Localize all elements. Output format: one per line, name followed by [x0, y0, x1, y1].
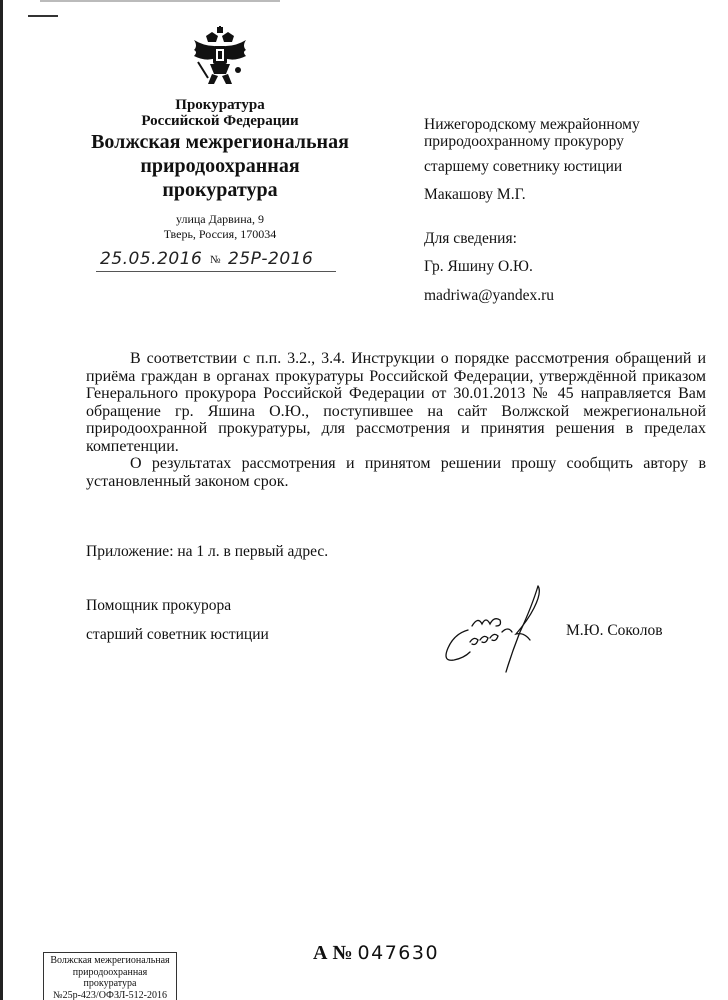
registration-number-label: №: [210, 254, 221, 266]
signatory-title-line1: Помощник прокурора: [86, 597, 231, 615]
form-serial-number: А № 047630: [313, 942, 439, 965]
signatory-title-line2: старший советник юстиции: [86, 626, 269, 644]
org-address-city: Тверь, Россия, 170034: [60, 227, 380, 242]
org-parent-line1: Прокуратура: [60, 97, 380, 114]
attachment-note: Приложение: на 1 л. в первый адрес.: [86, 543, 328, 561]
cc-label: Для сведения:: [424, 230, 517, 247]
registration-date: 25.05.2016: [100, 249, 202, 269]
stamp-line4: №25р-423/ОФЗЛ-512-2016: [44, 990, 176, 1000]
serial-digits: 047630: [358, 942, 440, 964]
serial-prefix: А №: [313, 942, 353, 964]
coat-of-arms-icon: [190, 26, 250, 88]
recipient-line1: Нижегородскому межрайонному: [424, 116, 640, 133]
recipient-rank: старшему советнику юстиции: [424, 158, 622, 175]
signatory-name: М.Ю. Соколов: [566, 622, 663, 640]
stamp-line3: прокуратура: [44, 978, 176, 990]
recipient-name: Макашову М.Г.: [424, 186, 526, 203]
body-paragraph-1: В соответствии с п.п. 3.2., 3.4. Инструк…: [86, 350, 706, 455]
body-paragraph-2: О результатах рассмотрения и принятом ре…: [86, 455, 706, 490]
stamp-line2: природоохранная: [44, 967, 176, 979]
page-top-edge: [40, 0, 280, 2]
registration-number: 25Р-2016: [228, 249, 313, 269]
org-name-line2: природоохранная: [60, 154, 380, 178]
org-parent-line2: Российской Федерации: [60, 113, 380, 130]
page-left-edge: [0, 0, 3, 1000]
handwritten-signature: [440, 582, 550, 677]
cc-name: Гр. Яшину О.Ю.: [424, 258, 533, 275]
recipient-line2: природоохранному прокурору: [424, 133, 624, 150]
cc-email: madriwa@yandex.ru: [424, 287, 554, 304]
org-address-street: улица Дарвина, 9: [60, 212, 380, 227]
letter-body: В соответствии с п.п. 3.2., 3.4. Инструк…: [86, 350, 706, 490]
corner-mark: [28, 15, 58, 17]
stamp-line1: Волжская межрегиональная: [44, 955, 176, 967]
org-name-line1: Волжская межрегиональная: [60, 130, 380, 154]
org-name-line3: прокуратура: [60, 178, 380, 202]
registration-stamp: Волжская межрегиональная природоохранная…: [43, 952, 177, 1000]
